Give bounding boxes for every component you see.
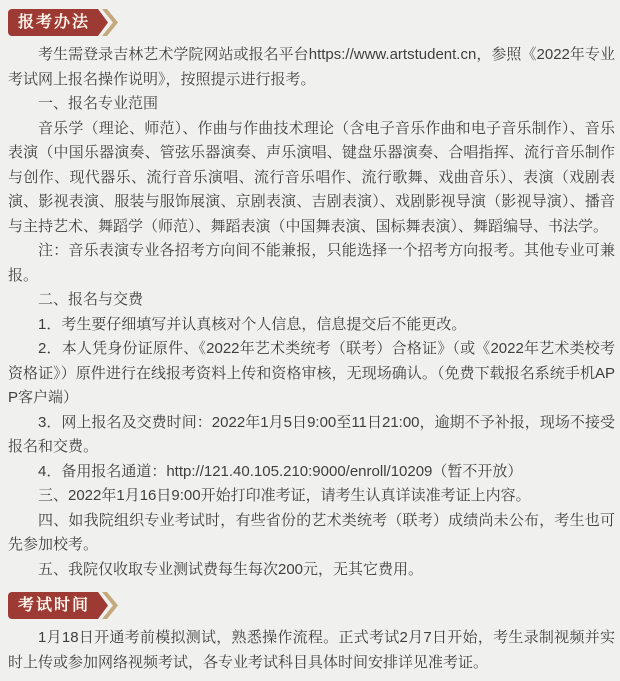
application-method-badge-label: 报考办法 xyxy=(8,9,98,36)
section-exam-time: 考试时间 1月18日开通考前模拟测试，熟悉操作流程。正式考试2月7日开始，考生录… xyxy=(8,592,615,675)
section-application-method: 报考办法 考生需登录吉林艺术学院网站或报名平台https://www.artst… xyxy=(8,9,615,582)
paragraph-item-1: 1．考生要仔细填写并认真核对个人信息，信息提交后不能更改。 xyxy=(8,313,615,338)
exam-time-badge-label: 考试时间 xyxy=(8,592,98,619)
paragraph-item-2: 2．本人凭身份证原件、《2022年艺术类统考（联考）合格证》（或《2022年艺术… xyxy=(8,337,615,411)
paragraph-major-list: 音乐学（理论、师范）、作曲与作曲技术理论（含电子音乐作曲和电子音乐制作）、音乐表… xyxy=(8,117,615,240)
paragraph-note: 注：音乐表演专业各招考方向间不能兼报，只能选择一个招考方向报考。其他专业可兼报。 xyxy=(8,239,615,288)
paragraph-item-4-backup-url: 4．备用报名通道：http://121.40.105.210:9000/enro… xyxy=(8,460,615,485)
paragraph-fee: 五、我院仅收取专业测试费每生每次200元，无其它费用。 xyxy=(8,558,615,583)
paragraph-exam-schedule: 1月18日开通考前模拟测试，熟悉操作流程。正式考试2月7日开始，考生录制视频并实… xyxy=(8,626,615,675)
application-method-badge: 报考办法 xyxy=(8,9,615,36)
paragraph-item-3: 3．网上报名及交费时间：2022年1月5日9:00至11日21:00，逾期不予补… xyxy=(8,411,615,460)
heading-registration-payment: 二、报名与交费 xyxy=(8,288,615,313)
exam-time-badge: 考试时间 xyxy=(8,592,615,619)
chevron-right-icon xyxy=(98,9,118,36)
chevron-right-icon xyxy=(98,592,118,619)
paragraph-unified-exam: 四、如我院组织专业考试时，有些省份的艺术类统考（联考）成绩尚未公布，考生也可先参… xyxy=(8,509,615,558)
heading-major-scope: 一、报名专业范围 xyxy=(8,92,615,117)
paragraph-print-ticket: 三、2022年1月16日9:00开始打印准考证，请考生认真详读准考证上内容。 xyxy=(8,484,615,509)
notice-page: 报考办法 考生需登录吉林艺术学院网站或报名平台https://www.artst… xyxy=(0,0,620,681)
paragraph-intro: 考生需登录吉林艺术学院网站或报名平台https://www.artstudent… xyxy=(8,43,615,92)
